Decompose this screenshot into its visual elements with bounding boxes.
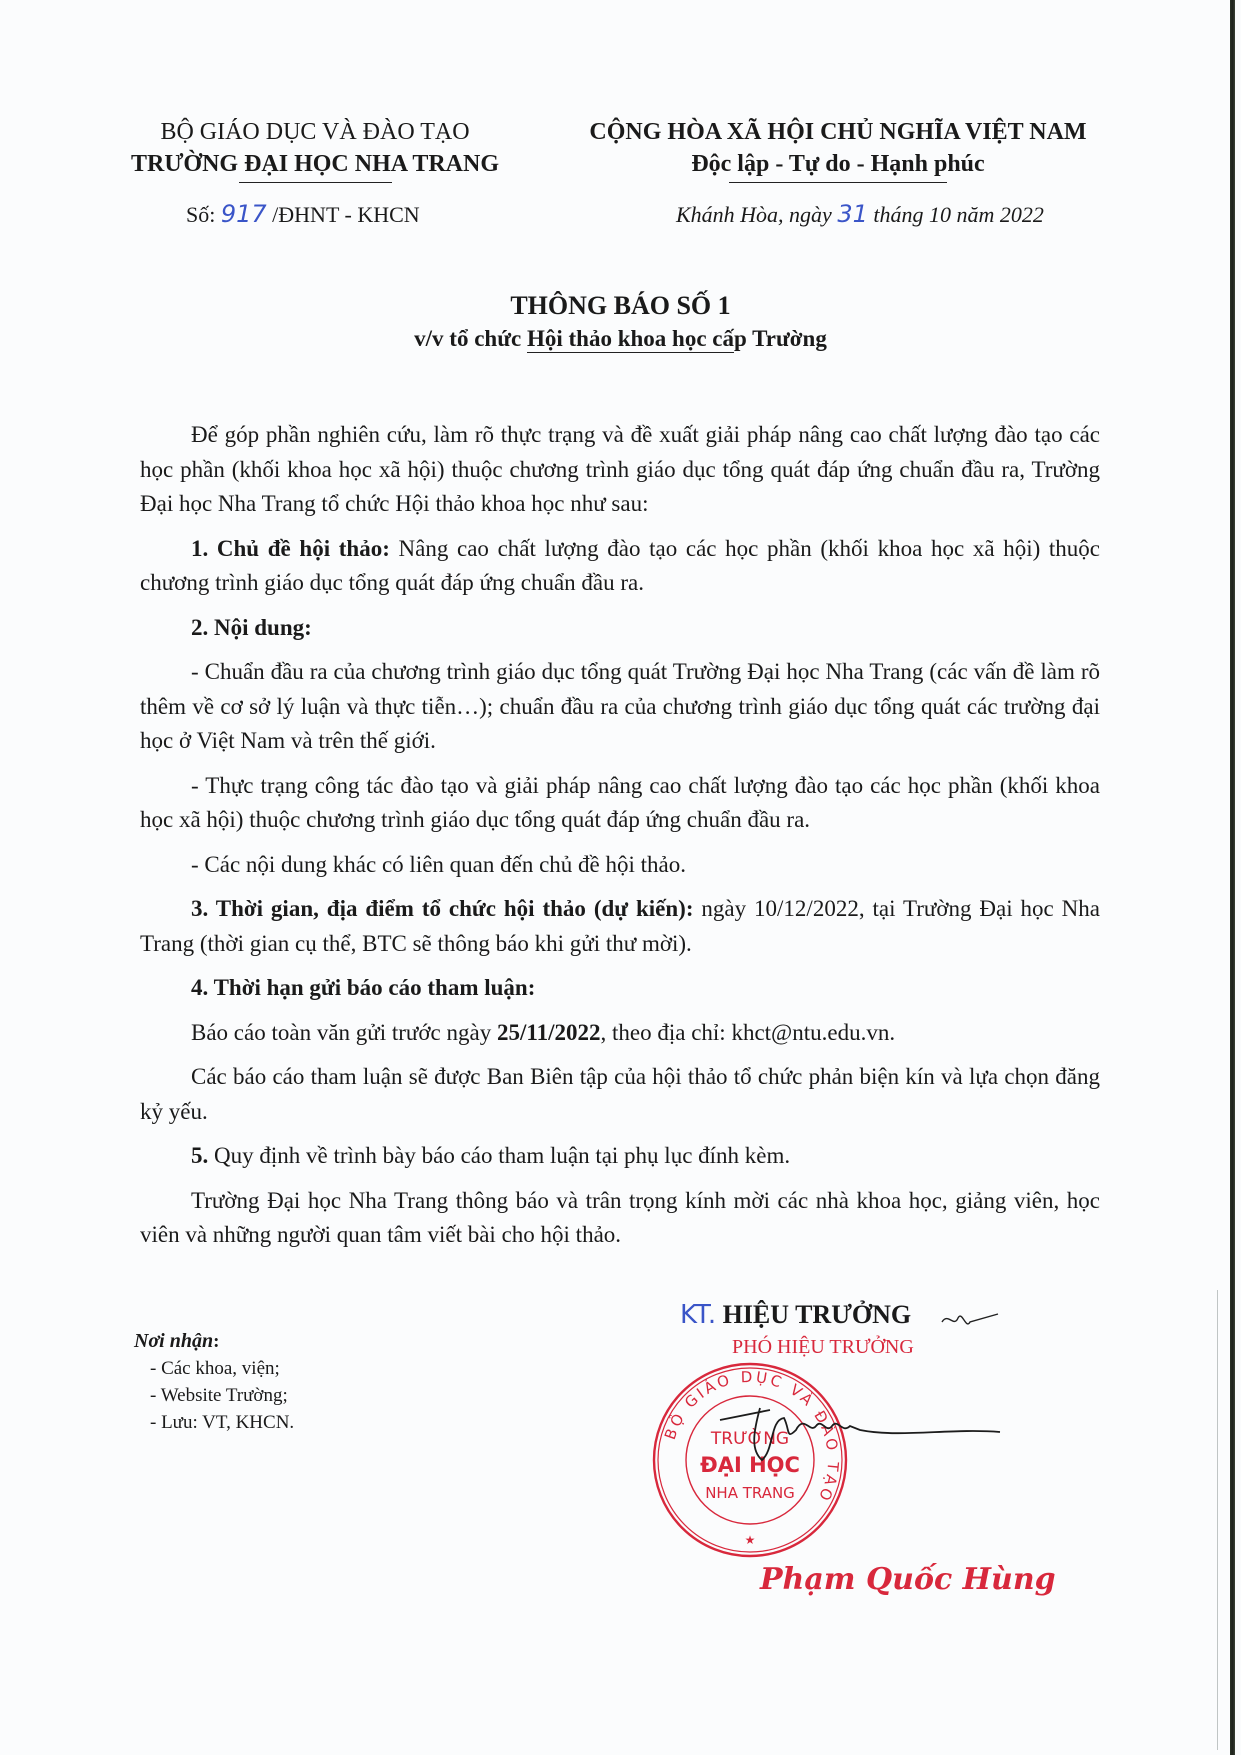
section-3: 3. Thời gian, địa điểm tổ chức hội thảo …: [140, 892, 1100, 961]
section-3-label: 3. Thời gian, địa điểm tổ chức hội thảo …: [191, 896, 694, 921]
section-1-label: 1. Chủ đề hội thảo:: [191, 536, 390, 561]
university-name: TRƯỜNG ĐẠI HỌC NHA TRANG: [100, 148, 530, 180]
principal-title: HIỆU TRƯỞNG: [723, 1300, 912, 1329]
document-subtitle: v/v tổ chức Hội thảo khoa học cấp Trường: [0, 324, 1241, 354]
scan-edge-shadow: [1230, 0, 1235, 1755]
document-title: THÔNG BÁO SỐ 1: [0, 290, 1241, 322]
svg-text:NHA TRANG: NHA TRANG: [705, 1484, 795, 1502]
place-and-date: Khánh Hòa, ngày 31 tháng 10 năm 2022: [676, 200, 1044, 228]
section-2-item: - Thực trạng công tác đào tạo và giải ph…: [140, 769, 1100, 838]
subtitle-prefix: v/v tổ chức: [414, 326, 527, 351]
scan-edge-line: [1217, 1290, 1218, 1750]
number-label: Số:: [186, 202, 215, 227]
subtitle-suffix: p Trường: [734, 326, 827, 351]
deadline-date: 25/11/2022: [497, 1020, 601, 1045]
handwritten-day: 31: [837, 200, 868, 228]
section-2-item: - Các nội dung khác có liên quan đến chủ…: [140, 848, 1100, 883]
section-4-label: 4. Thời hạn gửi báo cáo tham luận:: [191, 975, 535, 1000]
recipients-colon: :: [213, 1331, 219, 1352]
recipients-block: Nơi nhận: - Các khoa, viện; - Website Tr…: [134, 1328, 294, 1436]
number-suffix: /ĐHNT - KHCN: [272, 202, 419, 227]
section-4-deadline: Báo cáo toàn văn gửi trước ngày 25/11/20…: [140, 1016, 1100, 1051]
recipient-item: - Lưu: VT, KHCN.: [134, 1409, 294, 1436]
subtitle-underlined: Hội thảo khoa học cấ: [527, 326, 734, 353]
initials-flourish-icon: [940, 1308, 1000, 1342]
section-1: 1. Chủ đề hội thảo: Nâng cao chất lượng …: [140, 532, 1100, 601]
national-motto: Độc lập - Tự do - Hạnh phúc: [548, 148, 1128, 180]
recipient-item: - Website Trường;: [134, 1382, 294, 1409]
section-5-text: Quy định về trình bày báo cáo tham luận …: [208, 1143, 790, 1168]
svg-text:★: ★: [745, 1533, 756, 1547]
handwritten-signature-icon: [700, 1390, 1020, 1470]
deadline-prefix: Báo cáo toàn văn gửi trước ngày: [191, 1020, 497, 1045]
national-heading: CỘNG HÒA XÃ HỘI CHỦ NGHĨA VIỆT NAM Độc l…: [548, 116, 1128, 183]
country-name: CỘNG HÒA XÃ HỘI CHỦ NGHĨA VIỆT NAM: [548, 116, 1128, 148]
intro-paragraph: Để góp phần nghiên cứu, làm rõ thực trạn…: [140, 418, 1100, 522]
section-4: 4. Thời hạn gửi báo cáo tham luận:: [140, 971, 1100, 1006]
section-5-label: 5.: [191, 1143, 208, 1168]
closing-paragraph: Trường Đại học Nha Trang thông báo và tr…: [140, 1184, 1100, 1253]
section-2-label: 2. Nội dung:: [191, 615, 312, 640]
submission-email: khct@ntu.edu.vn.: [731, 1020, 895, 1045]
deputy-title: PHÓ HIỆU TRƯỞNG: [732, 1336, 914, 1359]
section-4-review: Các báo cáo tham luận sẽ được Ban Biên t…: [140, 1060, 1100, 1129]
place-prefix: Khánh Hòa, ngày: [676, 202, 832, 227]
recipient-item: - Các khoa, viện;: [134, 1355, 294, 1382]
signature-heading: KT. HIỆU TRƯỞNG: [680, 1300, 911, 1330]
section-5: 5. Quy định về trình bày báo cáo tham lu…: [140, 1139, 1100, 1174]
issuer-underline: [239, 182, 392, 183]
handwritten-number: 917: [221, 200, 267, 228]
ministry-name: BỘ GIÁO DỤC VÀ ĐÀO TẠO: [100, 116, 530, 148]
recipients-heading: Nơi nhận:: [134, 1328, 294, 1355]
issuer-block: BỘ GIÁO DỤC VÀ ĐÀO TẠO TRƯỜNG ĐẠI HỌC NH…: [100, 116, 530, 183]
section-2-item: - Chuẩn đầu ra của chương trình giáo dục…: [140, 655, 1100, 759]
deadline-suffix: , theo địa chỉ:: [601, 1020, 732, 1045]
place-suffix: tháng 10 năm 2022: [873, 202, 1044, 227]
motto-underline: [729, 182, 947, 183]
signer-name: Phạm Quốc Hùng: [760, 1562, 1056, 1597]
section-2: 2. Nội dung:: [140, 611, 1100, 646]
handwritten-kt: KT.: [680, 1300, 716, 1330]
document-number: Số: 917 /ĐHNT - KHCN: [186, 200, 420, 228]
document-body: Để góp phần nghiên cứu, làm rõ thực trạn…: [140, 418, 1100, 1263]
recipients-label: Nơi nhận: [134, 1330, 213, 1352]
